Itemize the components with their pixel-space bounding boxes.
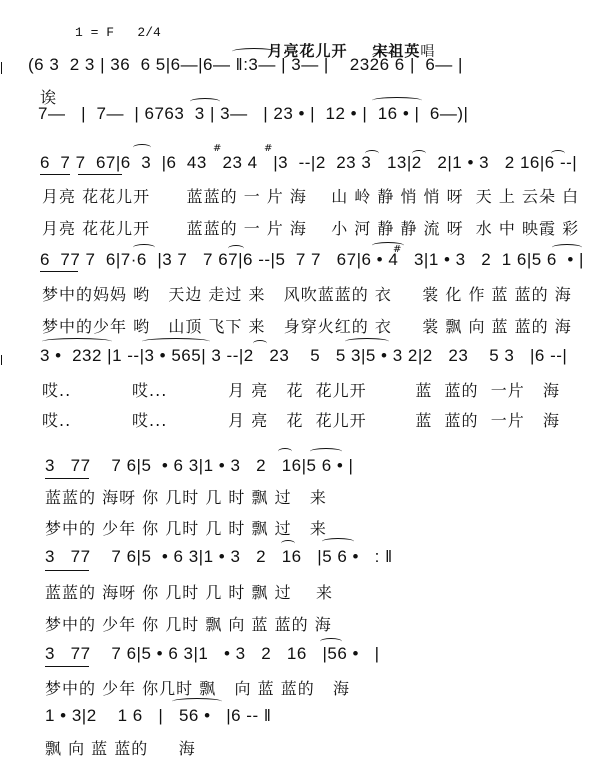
slur [365,150,379,157]
margin-mark [1,62,2,74]
slur [372,97,422,104]
lyric-coda-2: 飘 向 蓝 蓝的 海 [45,736,196,759]
lyric-verse-2b: 梦中的少年 哟 山顶 飞下 来 身穿火红的 衣 裳 飘 向 蓝 蓝的 海 [42,314,572,337]
beam-line [45,570,89,571]
lyric-verse-1a: 月亮 花花儿开 蓝蓝的 一 片 海 山 岭 静 悄 悄 呀 天 上 云朵 白 [42,184,579,207]
slur [142,338,210,345]
slur [372,52,394,59]
notation-line-coda-1: 3 77 7 6|5 • 6 3|1 • 3 2 16 |56 • | [45,644,380,664]
slur [232,48,276,55]
lyric-chorus-2b: 梦中的 少年 你 几时 飘 向 蓝 蓝的 海 [45,612,332,635]
beam-line [78,174,122,175]
lyric-bridge-a: 哎.. 哎... 月 亮 花 花儿开 蓝 蓝的 一片 海 [42,378,560,401]
lyric-coda-1: 梦中的 少年 你几时 飘 向 蓝 蓝的 海 [45,676,350,699]
slur [372,242,404,249]
beam-line [45,478,89,479]
lyric-chorus-1b: 梦中的 少年 你 几时 几 时 飘 过 来 [45,516,327,539]
beam-line [40,174,70,175]
lyric-bridge-b: 哎.. 哎... 月 亮 花 花儿开 蓝 蓝的 一片 海 [42,408,560,431]
slur [133,244,155,251]
slur [133,144,151,151]
beam-line [40,271,78,272]
slur [412,150,426,157]
notation-line-intro-2: 7— | 7— | 6763 3 | 3— | 23 • | 12 • | 16… [38,104,468,124]
lyric-verse-2a: 梦中的妈妈 哟 天边 走过 来 风吹蓝蓝的 衣 裳 化 作 蓝 蓝的 海 [42,282,572,305]
slur [172,698,222,705]
margin-mark [1,355,2,365]
notation-line-chorus-1: 3 77 7 6|5 • 6 3|1 • 3 2 16|5 6 • | [45,456,353,476]
slur [310,448,342,455]
notation-line-chorus-2: 3 77 7 6|5 • 6 3|1 • 3 2 16 |5 6 • : ‖ [45,547,393,567]
notation-line-verse-2: 6 77 7 6|7·6 |3 7 7 67|6 --|5 7 7 67|6 •… [40,250,584,270]
slur [551,150,565,157]
slur [190,98,220,105]
notation-line-coda-2: 1 • 3|2 1 6 | 56 • |6 -- ‖ [45,706,271,726]
sharp-accidental: # [213,143,221,154]
key-signature: 1 = F 2/4 [75,25,161,40]
notation-line-bridge: 3 • 232 |1 --|3 • 565| 3 --|2 23 5 5 3|5… [40,346,567,366]
slur [278,448,292,455]
slur [552,244,582,251]
notation-line-intro-1: (6 3 2 3 | 36 6 5|6—|6— ‖:3— | 3— | 2326… [28,55,463,75]
slur [281,540,295,547]
slur [322,538,354,545]
lyric-chorus-1a: 蓝蓝的 海呀 你 几时 几 时 飘 过 来 [45,485,327,508]
beam-line [45,666,89,667]
slur [42,338,112,345]
sharp-accidental: # [264,143,272,154]
lyric-chorus-2a: 蓝蓝的 海呀 你 几时 几 时 飘 过 来 [45,580,333,603]
notation-line-verse-1: 6 7 7 67|6 3 |6 43 23 4 |3 --|2 23 3 13|… [40,153,577,173]
lyric-verse-1b: 月亮 花花儿开 蓝蓝的 一 片 海 小 河 静 静 流 呀 水 中 映霞 彩 [42,216,579,239]
slur [228,245,244,252]
slur [345,338,389,345]
